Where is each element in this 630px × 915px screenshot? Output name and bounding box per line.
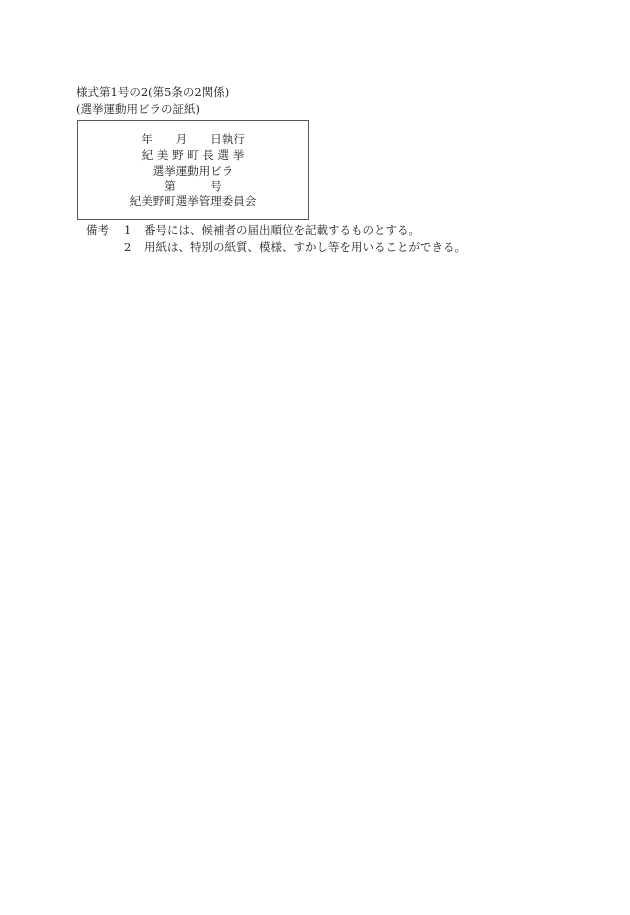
remark-number: 2	[124, 239, 131, 256]
stamp-box: 年 月 日執行 紀 美 野 町 長 選 挙 選挙運動用ビラ 第 号 紀美野町選挙…	[77, 120, 309, 220]
stamp-line-number: 第 号	[78, 179, 308, 194]
remark-text: 用紙は、特別の紙質、模様、すかし等を用いることができる。	[144, 239, 466, 256]
stamp-line-date: 年 月 日執行	[78, 132, 308, 147]
form-subtitle: (選挙運動用ビラの証紙)	[76, 101, 200, 117]
remark-text: 番号には、候補者の届出順位を記載するものとする。	[144, 222, 420, 239]
document-page: 様式第1号の2(第5条の2関係) (選挙運動用ビラの証紙) 年 月 日執行 紀 …	[0, 0, 630, 915]
stamp-line-flyer: 選挙運動用ビラ	[78, 164, 308, 179]
stamp-line-election: 紀 美 野 町 長 選 挙	[78, 148, 308, 163]
remarks-heading: 備考	[86, 222, 122, 239]
remark-number: 1	[124, 222, 131, 239]
stamp-line-committee: 紀美野町選挙管理委員会	[78, 194, 308, 209]
form-title: 様式第1号の2(第5条の2関係)	[76, 84, 229, 100]
